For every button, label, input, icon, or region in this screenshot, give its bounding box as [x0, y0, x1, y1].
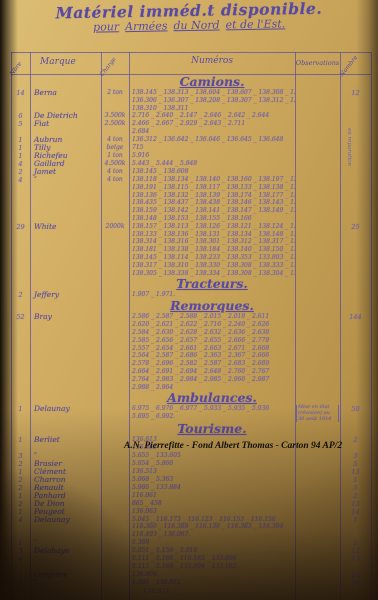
footer-number-line: 138.811.	[143, 587, 371, 596]
numeros-line: 116.360 _ 116.389 _ 116.136 _ 116.383 _ …	[132, 523, 295, 531]
cell-quantity: 1	[11, 468, 30, 476]
cell-quantity: 29	[11, 223, 30, 231]
cell-quantity: 1	[11, 405, 30, 413]
cell-nombre: 25	[340, 223, 371, 231]
cell-marque: ″	[30, 176, 101, 184]
cell-numeros: 6.975 _ 6.976 _ 6.977 _ 5.933 _ 5.935 _ …	[129, 405, 295, 421]
numeros-line: 1.006 _ 138.811.	[132, 579, 295, 587]
cell-marque: Jamet	[30, 168, 101, 176]
cell-numeros: 138.157 _ 138.113 _ 138.126 _ 138.121 _ …	[129, 223, 295, 278]
numeros-line: 2.584 _ 2.630 _ 2.628 _ 2.632 _ 2.636 _ …	[132, 329, 295, 337]
numeros-line: 5.113 _ 5.169 _ 133.894 _ 133.162.	[132, 563, 295, 571]
cell-numeros: 136.063	[129, 508, 295, 516]
numeros-line: 2.585 _ 2.656 _ 2.657 _ 2.655 _ 2.666 _ …	[132, 337, 295, 345]
cell-marque: White	[30, 223, 101, 231]
numeros-line: 2.564 _ 2.587 _ 2.686 _ 2.363 _ 2.367 _ …	[132, 352, 295, 360]
numeros-line: 6.975 _ 6.976 _ 6.977 _ 5.933 _ 5.935 _ …	[132, 405, 295, 413]
column-header-marque: Marque	[40, 57, 76, 67]
numeros-line: 5.051 _ 5.158 _ 5.019	[132, 547, 295, 555]
numeros-line: 116.061	[132, 492, 295, 500]
cell-numeros: 138.145 _ 138.313 _ 138.604 _ 138.607 _ …	[129, 89, 295, 112]
observation-note: Mise en état (révision) au 30 août 1914	[296, 405, 339, 422]
section-title: Ambulances.	[129, 391, 295, 405]
numeros-line: 138.145 _ 138.313 _ 138.604 _ 138.607 _ …	[132, 89, 295, 97]
cell-nombre: 5	[340, 484, 371, 492]
cell-quantity: 1	[11, 492, 30, 500]
numeros-line: 865 _ 458	[132, 500, 295, 508]
cell-nombre: 1	[340, 516, 371, 524]
numeros-line: 2.664 _ 2.691 _ 2.694 _ 2.648 _ 2.760 _ …	[132, 368, 295, 376]
cell-quantity: 1	[11, 152, 30, 160]
cell-numeros: 136.006	[129, 571, 295, 579]
table-row: 29White2000k138.157 _ 138.113 _ 138.126 …	[11, 223, 371, 278]
cell-quantity: 4	[11, 555, 30, 563]
cell-nombre: 12	[340, 89, 371, 97]
cell-nombre: 13	[340, 468, 371, 476]
cell-quantity: 4	[11, 176, 30, 184]
numeros-line: 715	[132, 144, 295, 152]
cell-quantity: 1	[11, 539, 30, 547]
cell-marque: Grégoire	[30, 571, 101, 579]
numeros-line: 136.006	[132, 571, 295, 579]
cell-quantity: 1	[11, 436, 30, 444]
numeros-line: 138.181 _ 138.138 _ 138.184 _ 138.140 _ …	[132, 246, 295, 254]
table-row: 1Richefeu1 ton5.916	[11, 152, 371, 160]
cell-numeros: 116.061	[129, 492, 295, 500]
title-word-armees: Armées	[125, 19, 168, 33]
cell-quantity: 2	[11, 484, 30, 492]
archive-caption: A.N. Pierrefitte - Fond Albert Thomas - …	[124, 441, 376, 452]
cell-marque: ″	[30, 555, 101, 563]
cell-quantity: 2	[11, 579, 30, 587]
cell-nombre: 34	[340, 579, 371, 587]
cell-numeros: 5.443 _ 5.444 _ 5.848	[129, 160, 295, 168]
numeros-line: 136.063	[132, 508, 295, 516]
cell-quantity: 1	[11, 144, 30, 152]
numeros-line: 5.655 _ 133.605	[132, 452, 295, 460]
numeros-line: 5.654 _ 5.866	[132, 460, 295, 468]
table-row: 4Delaunay5.045 _ 116.173 _ 116.123 _ 116…	[11, 516, 371, 539]
cell-nombre: 2	[340, 492, 371, 500]
cell-marque: Berliet	[30, 436, 101, 444]
cell-charge: 2 ton	[101, 89, 129, 97]
numeros-line: 136.306 _ 136.307 _ 138.208 _ 138.307 _ …	[132, 97, 295, 105]
cell-numeros: 715	[129, 144, 295, 152]
cell-quantity: 52	[11, 313, 30, 321]
cell-nombre: 24	[340, 571, 371, 579]
numeros-line: 5.916	[132, 152, 295, 160]
table-row: 2De Dion865 _ 45813	[11, 500, 371, 508]
numeros-line: 138.191 _ 138.115 _ 138.117 _ 138.133 _ …	[132, 184, 295, 192]
document-title: Matériel imméd.t disponible. pourArméesd…	[0, 0, 378, 35]
table-row: 4″5.111 _ 5.168 _ 116.183 _ 133.6065.113…	[11, 555, 371, 571]
table-row: 1Panhard116.0612	[11, 492, 371, 500]
cell-marque: Delahaye	[30, 547, 101, 555]
numeros-line: 5.443 _ 5.444 _ 5.848	[132, 160, 295, 168]
numeros-line: 138.145 _ 138.608	[132, 168, 295, 176]
cell-numeros: 1.006 _ 138.811.	[129, 579, 295, 587]
numeros-line: 2.620 _ 2.621 _ 2.622 _ 2.716 _ 2.240 _ …	[132, 321, 295, 329]
numeros-line: 136.513	[132, 468, 295, 476]
cell-charge: 4 ton	[101, 136, 129, 144]
cell-numeros: 2.466 _ 2.667 _ 2.929 _ 2.643 _ 2.7112.6…	[129, 120, 295, 136]
table-top-rule	[11, 52, 371, 53]
numeros-line: 2.578 _ 2.696 _ 2.582 _ 2.587 _ 2.683 _ …	[132, 360, 295, 368]
cell-charge: 2.500k	[101, 120, 129, 128]
cell-nombre: 5	[340, 460, 371, 468]
numeros-line: 138.157 _ 138.113 _ 138.126 _ 138.121 _ …	[132, 223, 295, 231]
cell-quantity: 14	[11, 89, 30, 97]
cell-charge: 1 ton	[101, 152, 129, 160]
numeros-line: 138.118 _ 138.134 _ 138.140 _ 138.160 _ …	[132, 176, 295, 184]
table-row: 3Delahaye5.051 _ 5.158 _ 5.01912	[11, 547, 371, 555]
cell-numeros: 5.111 _ 5.168 _ 116.183 _ 133.6065.113 _…	[129, 555, 295, 571]
cell-nombre: 59	[340, 405, 371, 413]
cell-marque: Bray	[30, 313, 101, 321]
cell-quantity: 2	[11, 291, 30, 299]
cell-marque: ″	[30, 579, 101, 587]
numeros-line: 2.764 _ 2.983 _ 2.984 _ 2.985 _ 2.966 _ …	[132, 376, 295, 384]
cell-nombre: 13	[340, 555, 371, 563]
document-photo: Matériel imméd.t disponible. pourArméesd…	[0, 0, 378, 600]
cell-numeros: 136.513	[129, 468, 295, 476]
cell-observations: Mise en état (révision) au 30 août 1914	[295, 405, 340, 422]
section-title: Camions.	[129, 75, 295, 89]
cell-charge: belge	[101, 144, 129, 152]
cell-numeros: 5.654 _ 5.866	[129, 460, 295, 468]
cell-quantity: 4	[11, 516, 30, 524]
numeros-line: 138.159 _ 138.142 _ 138.141 _ 138.147 _ …	[132, 207, 295, 215]
numeros-line: 5.369	[132, 539, 295, 547]
table-row: 1Aubrun4 ton136.312 _ 136.642 _ 136.646 …	[11, 136, 371, 144]
cell-nombre: 3	[340, 452, 371, 460]
cell-nombre: 5	[340, 539, 371, 547]
cell-quantity: 3	[11, 547, 30, 555]
cell-numeros: 5.045 _ 116.173 _ 116.123 _ 116.153 _ 11…	[129, 516, 295, 539]
numeros-line: 136.312 _ 136.642 _ 136.646 _ 136.645 _ …	[132, 136, 295, 144]
cell-charge: 4.500k	[101, 160, 129, 168]
numeros-line: 138.310 _ 138.311	[132, 105, 295, 113]
numeros-line: 2.466 _ 2.667 _ 2.929 _ 2.643 _ 2.711	[132, 120, 295, 128]
cell-quantity: 1	[11, 508, 30, 516]
cell-numeros: 5.986 _ 133.884	[129, 484, 295, 492]
table-row: 1Grégoire136.00624	[11, 571, 371, 579]
cell-quantity: 2	[11, 460, 30, 468]
numeros-line: 116.493 _ 136.067.	[132, 531, 295, 539]
table-row: 6De Dietrich3.500k2.716 _ 2.640 _ 2.147 …	[11, 112, 371, 120]
table-row: 4″4 ton138.118 _ 138.134 _ 138.140 _ 138…	[11, 176, 371, 223]
column-header-numeros: Numéros	[129, 56, 295, 66]
numeros-line: 138.145 _ 138.114 _ 138.233 _ 138.353 _ …	[132, 254, 295, 262]
cell-marque: Delaunay	[30, 405, 101, 413]
cell-nombre: 144	[340, 313, 371, 321]
cell-quantity: 2	[11, 500, 30, 508]
column-header-observations: Observations	[295, 59, 340, 67]
numeros-line: 5.045 _ 116.173 _ 116.123 _ 116.153 _ 11…	[132, 516, 295, 524]
title-word-dunord: du Nord	[173, 18, 219, 32]
numeros-line: 5.068 _ 5.363	[132, 476, 295, 484]
numeros-line: 2.684	[132, 128, 295, 136]
numeros-line: 138.435 _ 138.437 _ 138.438 _ 138.146 _ …	[132, 199, 295, 207]
cell-numeros: 138.145 _ 138.608	[129, 168, 295, 176]
numeros-line: 2.557 _ 2.654 _ 2.661 _ 2.663 _ 2.671 _ …	[132, 345, 295, 353]
numeros-line: 5.111 _ 5.168 _ 116.183 _ 133.606	[132, 555, 295, 563]
numeros-line: 5.986 _ 133.884	[132, 484, 295, 492]
table-row: 2Jamet4 ton138.145 _ 138.608	[11, 168, 371, 176]
cell-nombre: 13	[340, 500, 371, 508]
numeros-line: 138.136 _ 138.132 _ 138.139 _ 138.174 _ …	[132, 192, 295, 200]
table-row: 5Fiat2.500k2.466 _ 2.667 _ 2.929 _ 2.643…	[11, 120, 371, 136]
cell-quantity: 2	[11, 476, 30, 484]
cell-numeros: 5.916	[129, 152, 295, 160]
table-row: 3″5.655 _ 133.6053	[11, 452, 371, 460]
section-title: Tracteurs.	[129, 277, 295, 291]
title-word-est: et de l'Est.	[225, 17, 285, 31]
cell-quantity: 4	[11, 160, 30, 168]
cell-numeros: 5.369	[129, 539, 295, 547]
section-title: Remorques.	[129, 299, 295, 313]
table-row: 14Berna2 ton138.145 _ 138.313 _ 138.604 …	[11, 89, 371, 112]
cell-marque: Berna	[30, 89, 101, 97]
section-title: Tourisme.	[129, 422, 295, 436]
table-border-right	[371, 52, 372, 600]
numeros-line: 138.148 _ 138.153 _ 138.155 _ 138.166	[132, 215, 295, 223]
numeros-line: 2.586 _ 2.587 _ 2.588 _ 2.015 _ 2.018 _ …	[132, 313, 295, 321]
numeros-line: 5.695 _ 6.992.	[132, 413, 295, 421]
cell-charge: 4 ton	[101, 176, 129, 184]
table-row: 52Bray2.586 _ 2.587 _ 2.588 _ 2.015 _ 2.…	[11, 313, 371, 391]
numeros-line: 2.716 _ 2.640 _ 2.147 _ 2.646 _ 2.642 _ …	[132, 112, 295, 120]
numeros-line: 138.314 _ 138.316 _ 138.301 _ 138.312 _ …	[132, 238, 295, 246]
table-row: 2Charron5.068 _ 5.3631	[11, 476, 371, 484]
cell-charge: 4 ton	[101, 168, 129, 176]
cell-nombre: 1	[340, 476, 371, 484]
cell-quantity: 1	[11, 136, 30, 144]
cell-quantity: 2	[11, 168, 30, 176]
table-body: Camions.14Berna2 ton138.145 _ 138.313 _ …	[11, 75, 371, 596]
cell-numeros: 136.312 _ 136.642 _ 136.646 _ 136.645 _ …	[129, 136, 295, 144]
cell-marque: Delaunay	[30, 516, 101, 524]
cell-quantity: 5	[11, 120, 30, 128]
title-word-pour: pour	[93, 20, 119, 33]
cell-marque: Jeffery	[30, 291, 101, 299]
cell-numeros: 5.655 _ 133.605	[129, 452, 295, 460]
cell-numeros: 2.716 _ 2.640 _ 2.147 _ 2.646 _ 2.642 _ …	[129, 112, 295, 120]
cell-nombre: 12	[340, 547, 371, 555]
numeros-line: 138.317 _ 138.310 _ 138.330 _ 138.308 _ …	[132, 262, 295, 270]
table-row: 2″1.006 _ 138.811.34	[11, 579, 371, 587]
cell-quantity: 1	[11, 571, 30, 579]
cell-numeros: 2.586 _ 2.587 _ 2.588 _ 2.015 _ 2.018 _ …	[129, 313, 295, 391]
cell-charge: 2000k	[101, 223, 129, 231]
cell-numeros: 138.118 _ 138.134 _ 138.140 _ 138.160 _ …	[129, 176, 295, 223]
cell-marque: Fiat	[30, 120, 101, 128]
cell-numeros: 5.051 _ 5.158 _ 5.019	[129, 547, 295, 555]
cell-quantity: 3	[11, 452, 30, 460]
cell-nombre: 14	[340, 508, 371, 516]
numeros-line: 138.133 _ 138.136 _ 138.131 _ 138.134 _ …	[132, 231, 295, 239]
table-row: 4Gaillard4.500k5.443 _ 5.444 _ 5.848	[11, 160, 371, 168]
cell-numeros: 865 _ 458	[129, 500, 295, 508]
cell-numeros: 5.068 _ 5.363	[129, 476, 295, 484]
table-row: 1Delaunay6.975 _ 6.976 _ 6.977 _ 5.933 _…	[11, 405, 371, 422]
